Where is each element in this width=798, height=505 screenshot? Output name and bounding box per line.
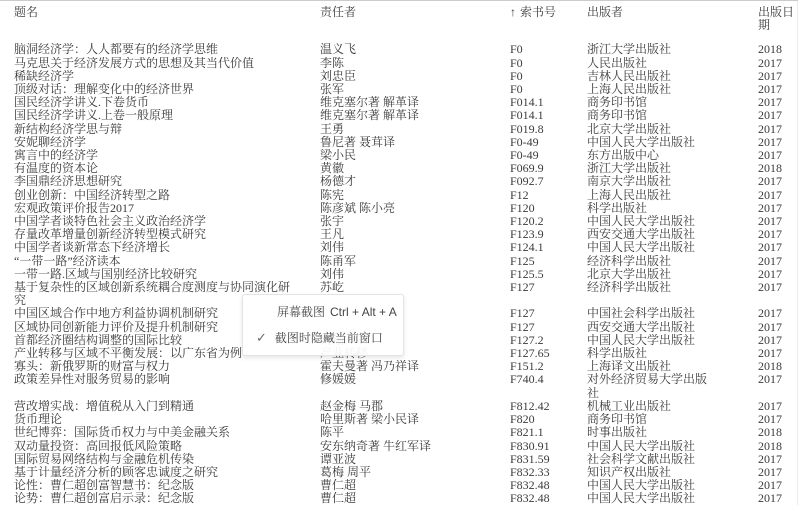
cell-date: 2017: [744, 136, 798, 149]
cell-date: 2018: [744, 43, 798, 56]
table-row[interactable]: 世纪博弈：国际货币权力与中美金融关系陈平F821.1时事出版社2018: [0, 426, 798, 439]
cell-publisher: 中国社会科学出版社: [573, 307, 744, 320]
cell-date: 2017: [744, 453, 798, 466]
table-row[interactable]: 营改增实战：增值税从入门到精通赵金梅 马郡F812.42机械工业出版社2017: [0, 400, 798, 413]
table-row[interactable]: 政策差异性对服务贸易的影响修媛媛F740.4对外经济贸易大学出版社2017: [0, 373, 798, 399]
cell-author: 赵金梅 马郡: [306, 400, 496, 413]
column-header-callno[interactable]: ↑索书号: [496, 4, 573, 43]
cell-publisher: 吉林人民出版社: [573, 70, 744, 83]
cell-title: 营改增实战：增值税从入门到精通: [0, 400, 306, 413]
cell-author: 刘忠臣: [306, 70, 496, 83]
cell-author: 曹仁超: [306, 479, 496, 492]
table-row[interactable]: 中国学者谈特色社会主义政治经济学张宇F120.2中国人民大学出版社2017: [0, 215, 798, 228]
cell-callno: F831.59: [496, 453, 573, 466]
column-header-publisher[interactable]: 出版者: [573, 4, 744, 43]
book-table-body: 脑洞经济学：人人都要有的经济学思维温义飞F0浙江大学出版社2018马克思关于经济…: [0, 43, 798, 505]
table-row[interactable]: 稀缺经济学刘忠臣F0吉林人民出版社2017: [0, 70, 798, 83]
cell-title: 顶级对话：理解变化中的经济世界: [0, 83, 306, 96]
book-table: 题名 责任者 ↑索书号 出版者 出版日期 脑洞经济学：人人都要有的经济学思维温义…: [0, 4, 798, 505]
cell-title: 中国学者谈特色社会主义政治经济学: [0, 215, 306, 228]
cell-author: 王凡: [306, 228, 496, 241]
cell-publisher: 上海人民出版社: [573, 189, 744, 202]
cell-publisher: 东方出版中心: [573, 149, 744, 162]
cell-date: 2018: [744, 360, 798, 373]
column-header-author[interactable]: 责任者: [306, 4, 496, 43]
cell-title: 货币理论: [0, 413, 306, 426]
cell-publisher: 商务印书馆: [573, 96, 744, 109]
cell-author: 王勇: [306, 123, 496, 136]
cell-publisher: 知识产权出版社: [573, 466, 744, 479]
cell-callno: F0: [496, 57, 573, 70]
cell-callno: F125.5: [496, 268, 573, 281]
screenshot-shortcut-keys: Ctrl + Alt + A: [330, 305, 397, 319]
cell-callno: F127: [496, 321, 573, 334]
cell-title: 安妮聊经济学: [0, 136, 306, 149]
cell-date: 2017: [744, 466, 798, 479]
cell-title: 基于计量经济分析的顾客忠诚度之研究: [0, 466, 306, 479]
column-header-date[interactable]: 出版日期: [744, 4, 798, 43]
cell-author: 陈甬军: [306, 255, 496, 268]
table-row[interactable]: 顶级对话：理解变化中的经济世界张军F0上海人民出版社2017: [0, 83, 798, 96]
column-header-title-label: 题名: [14, 5, 38, 19]
cell-date: 2017: [744, 202, 798, 215]
table-row[interactable]: 国民经济学讲义.下卷货币维克塞尔著 解革译F014.1商务印书馆2017: [0, 96, 798, 109]
cell-title: 马克思关于经济发展方式的思想及其当代价值: [0, 57, 306, 70]
cell-title: 稀缺经济学: [0, 70, 306, 83]
cell-title: 寓言中的经济学: [0, 149, 306, 162]
cell-publisher: 浙江大学出版社: [573, 43, 744, 56]
catalog-page: 题名 责任者 ↑索书号 出版者 出版日期 脑洞经济学：人人都要有的经济学思维温义…: [0, 0, 798, 505]
cell-date: 2017: [744, 347, 798, 360]
cell-publisher: 浙江大学出版社: [573, 162, 744, 175]
cell-callno: F820: [496, 413, 573, 426]
cell-date: 2017: [744, 492, 798, 505]
cell-publisher: 上海人民出版社: [573, 83, 744, 96]
cell-callno: F125: [496, 255, 573, 268]
cell-title: 宏观政策评价报告2017: [0, 202, 306, 215]
cell-publisher: 经济科学出版社: [573, 255, 744, 268]
cell-title: 政策差异性对服务贸易的影响: [0, 373, 306, 399]
cell-title: 李国鼎经济思想研究: [0, 175, 306, 188]
table-row[interactable]: 寓言中的经济学梁小民F0-49东方出版中心2017: [0, 149, 798, 162]
cell-callno: F830.91: [496, 440, 573, 453]
cell-callno: F832.33: [496, 466, 573, 479]
cell-author: 谭亚波: [306, 453, 496, 466]
cell-publisher: 西安交通大学出版社: [573, 228, 744, 241]
table-row[interactable]: 国民经济学讲义.上卷一般原理维克塞尔著 解革译F014.1商务印书馆2017: [0, 109, 798, 122]
cell-date: 2017: [744, 400, 798, 413]
cell-callno: F0: [496, 83, 573, 96]
table-row[interactable]: 马克思关于经济发展方式的思想及其当代价值李陈F0人民出版社2017: [0, 57, 798, 70]
cell-author: 哈里斯著 梁小民译: [306, 413, 496, 426]
cell-author: 安东纳奇著 牛红军译: [306, 440, 496, 453]
cell-date: 2017: [744, 83, 798, 96]
cell-author: 梁小民: [306, 149, 496, 162]
cell-publisher: 经济科学出版社: [573, 281, 744, 307]
cell-title: 脑洞经济学：人人都要有的经济学思维: [0, 43, 306, 56]
table-row[interactable]: 脑洞经济学：人人都要有的经济学思维温义飞F0浙江大学出版社2018: [0, 43, 798, 56]
cell-callno: F069.9: [496, 162, 573, 175]
cell-author: 张宇: [306, 215, 496, 228]
cell-title: 寡头：新俄罗斯的财富与权力: [0, 360, 306, 373]
cell-date: 2017: [744, 215, 798, 228]
cell-callno: F014.1: [496, 109, 573, 122]
cell-date: 2017: [744, 479, 798, 492]
cell-callno: F832.48: [496, 492, 573, 505]
cell-publisher: 中国人民大学出版社: [573, 215, 744, 228]
column-header-publisher-label: 出版者: [587, 5, 623, 19]
checkmark-icon: ✓: [256, 331, 267, 344]
cell-callno: F127: [496, 307, 573, 320]
table-row[interactable]: 李国鼎经济思想研究杨德才F092.7南京大学出版社2017: [0, 175, 798, 188]
cell-callno: F0: [496, 43, 573, 56]
cell-date: 2017: [744, 189, 798, 202]
cell-title: 论势：曹仁超创富启示录：纪念版: [0, 492, 306, 505]
cell-date: 2017: [744, 373, 798, 399]
cell-callno: F120.2: [496, 215, 573, 228]
cell-title: 双动量投资：高回报低风险策略: [0, 440, 306, 453]
screenshot-tooltip: 屏幕截图Ctrl + Alt + A ✓ 截图时隐藏当前窗口: [242, 294, 404, 356]
cell-publisher: 对外经济贸易大学出版社: [573, 373, 744, 399]
cell-date: 2017: [744, 109, 798, 122]
cell-callno: F812.42: [496, 400, 573, 413]
cell-title: 有温度的资本论: [0, 162, 306, 175]
cell-publisher: 中国人民大学出版社: [573, 492, 744, 505]
cell-author: 陈宪: [306, 189, 496, 202]
cell-callno: F0-49: [496, 136, 573, 149]
table-row[interactable]: 基于计量经济分析的顾客忠诚度之研究葛梅 周平F832.33知识产权出版社2017: [0, 466, 798, 479]
table-row[interactable]: 论性：曹仁超创富智慧书：纪念版曹仁超F832.48中国人民大学出版社2017: [0, 479, 798, 492]
cell-publisher: 中国人民大学出版社: [573, 479, 744, 492]
cell-author: 霍夫曼著 冯乃祥译: [306, 360, 496, 373]
cell-publisher: 中国人民大学出版社: [573, 136, 744, 149]
cell-title: 创业创新：中国经济转型之路: [0, 189, 306, 202]
cell-date: 2017: [744, 321, 798, 334]
table-row[interactable]: 双动量投资：高回报低风险策略安东纳奇著 牛红军译F830.91中国人民大学出版社…: [0, 440, 798, 453]
cell-date: 2017: [744, 268, 798, 281]
cell-date: 2018: [744, 426, 798, 439]
column-header-title[interactable]: 题名: [0, 4, 306, 43]
cell-publisher: 中国人民大学出版社: [573, 241, 744, 254]
cell-publisher: 北京大学出版社: [573, 268, 744, 281]
table-header-row: 题名 责任者 ↑索书号 出版者 出版日期: [0, 4, 798, 43]
table-row[interactable]: 安妮聊经济学鲁尼著 聂茸译F0-49中国人民大学出版社2017: [0, 136, 798, 149]
cell-date: 2017: [744, 255, 798, 268]
cell-title: 国际贸易网络结构与金融危机传染: [0, 453, 306, 466]
cell-author: 陈平: [306, 426, 496, 439]
cell-date: 2017: [744, 281, 798, 307]
column-header-author-label: 责任者: [320, 5, 356, 19]
cell-date: 2018: [744, 162, 798, 175]
screenshot-shortcut-row: 屏幕截图Ctrl + Alt + A: [243, 303, 403, 320]
cell-author: 杨德才: [306, 175, 496, 188]
cell-author: 葛梅 周平: [306, 466, 496, 479]
cell-date: 2017: [744, 175, 798, 188]
column-header-callno-label: 索书号: [520, 5, 556, 19]
cell-author: 刘伟: [306, 241, 496, 254]
cell-callno: F151.2: [496, 360, 573, 373]
table-row[interactable]: 存量改革增量创新经济转型模式研究王凡F123.9西安交通大学出版社2017: [0, 228, 798, 241]
cell-date: 2017: [744, 123, 798, 136]
cell-date: 2017: [744, 149, 798, 162]
cell-callno: F740.4: [496, 373, 573, 399]
cell-author: 曹仁超: [306, 492, 496, 505]
table-row[interactable]: 寡头：新俄罗斯的财富与权力霍夫曼著 冯乃祥译F151.2上海译文出版社2018: [0, 360, 798, 373]
screenshot-action-label: 屏幕截图: [277, 305, 325, 319]
cell-title: “一带一路”经济读本: [0, 255, 306, 268]
cell-date: 2017: [744, 70, 798, 83]
cell-date: 2017: [744, 307, 798, 320]
cell-callno: F821.1: [496, 426, 573, 439]
cell-title: 国民经济学讲义.下卷货币: [0, 96, 306, 109]
cell-publisher: 社会科学文献出版社: [573, 453, 744, 466]
cell-callno: F12: [496, 189, 573, 202]
cell-publisher: 商务印书馆: [573, 413, 744, 426]
cell-title: 中国学者谈新常态下经济增长: [0, 241, 306, 254]
cell-author: 陈彦斌 陈小亮: [306, 202, 496, 215]
cell-title: 一带一路.区域与国别经济比较研究: [0, 268, 306, 281]
table-row[interactable]: 一带一路.区域与国别经济比较研究刘伟F125.5北京大学出版社2017: [0, 268, 798, 281]
cell-callno: F127.65: [496, 347, 573, 360]
cell-author: 张军: [306, 83, 496, 96]
cell-publisher: 商务印书馆: [573, 109, 744, 122]
cell-title: 新结构经济学思与辩: [0, 123, 306, 136]
cell-publisher: 西安交通大学出版社: [573, 321, 744, 334]
hide-window-option-label: 截图时隐藏当前窗口: [275, 329, 383, 346]
cell-author: 黄徽: [306, 162, 496, 175]
cell-publisher: 中国人民大学出版社: [573, 440, 744, 453]
table-row[interactable]: 论势：曹仁超创富启示录：纪念版曹仁超F832.48中国人民大学出版社2017: [0, 492, 798, 505]
cell-publisher: 北京大学出版社: [573, 123, 744, 136]
cell-author: 维克塞尔著 解革译: [306, 109, 496, 122]
cell-date: 2018: [744, 440, 798, 453]
cell-publisher: 中国人民大学出版社: [573, 334, 744, 347]
cell-date: 2017: [744, 413, 798, 426]
cell-callno: F127: [496, 281, 573, 307]
cell-title: 论性：曹仁超创富智慧书：纪念版: [0, 479, 306, 492]
cell-date: 2017: [744, 57, 798, 70]
cell-callno: F0-49: [496, 149, 573, 162]
cell-date: 2017: [744, 334, 798, 347]
cell-publisher: 人民出版社: [573, 57, 744, 70]
table-row[interactable]: 有温度的资本论黄徽F069.9浙江大学出版社2018: [0, 162, 798, 175]
cell-author: 鲁尼著 聂茸译: [306, 136, 496, 149]
cell-title: 世纪博弈：国际货币权力与中美金融关系: [0, 426, 306, 439]
cell-publisher: 南京大学出版社: [573, 175, 744, 188]
cell-author: 李陈: [306, 57, 496, 70]
table-row[interactable]: 宏观政策评价报告2017陈彦斌 陈小亮F120科学出版社2017: [0, 202, 798, 215]
column-header-date-label: 出版日期: [758, 5, 794, 32]
cell-publisher: 科学出版社: [573, 347, 744, 360]
cell-callno: F014.1: [496, 96, 573, 109]
table-row[interactable]: 中国学者谈新常态下经济增长刘伟F124.1中国人民大学出版社2017: [0, 241, 798, 254]
cell-author: 刘伟: [306, 268, 496, 281]
cell-date: 2017: [744, 96, 798, 109]
cell-author: 温义飞: [306, 43, 496, 56]
table-row[interactable]: “一带一路”经济读本陈甬军F125经济科学出版社2017: [0, 255, 798, 268]
cell-author: 维克塞尔著 解革译: [306, 96, 496, 109]
cell-callno: F124.1: [496, 241, 573, 254]
sort-ascending-icon: ↑: [510, 6, 516, 19]
cell-publisher: 机械工业出版社: [573, 400, 744, 413]
cell-title: 国民经济学讲义.上卷一般原理: [0, 109, 306, 122]
cell-callno: F127.2: [496, 334, 573, 347]
cell-callno: F019.8: [496, 123, 573, 136]
cell-publisher: 时事出版社: [573, 426, 744, 439]
cell-publisher: 上海译文出版社: [573, 360, 744, 373]
cell-publisher: 科学出版社: [573, 202, 744, 215]
cell-author: 修媛媛: [306, 373, 496, 399]
table-row[interactable]: 货币理论哈里斯著 梁小民译F820商务印书馆2017: [0, 413, 798, 426]
cell-date: 2017: [744, 241, 798, 254]
table-row[interactable]: 创业创新：中国经济转型之路陈宪F12上海人民出版社2017: [0, 189, 798, 202]
table-row[interactable]: 国际贸易网络结构与金融危机传染谭亚波F831.59社会科学文献出版社2017: [0, 453, 798, 466]
cell-callno: F832.48: [496, 479, 573, 492]
cell-title: 存量改革增量创新经济转型模式研究: [0, 228, 306, 241]
cell-callno: F120: [496, 202, 573, 215]
cell-date: 2017: [744, 228, 798, 241]
table-row[interactable]: 新结构经济学思与辩王勇F019.8北京大学出版社2017: [0, 123, 798, 136]
hide-window-option[interactable]: ✓ 截图时隐藏当前窗口: [243, 329, 403, 346]
cell-callno: F0: [496, 70, 573, 83]
cell-callno: F092.7: [496, 175, 573, 188]
cell-callno: F123.9: [496, 228, 573, 241]
